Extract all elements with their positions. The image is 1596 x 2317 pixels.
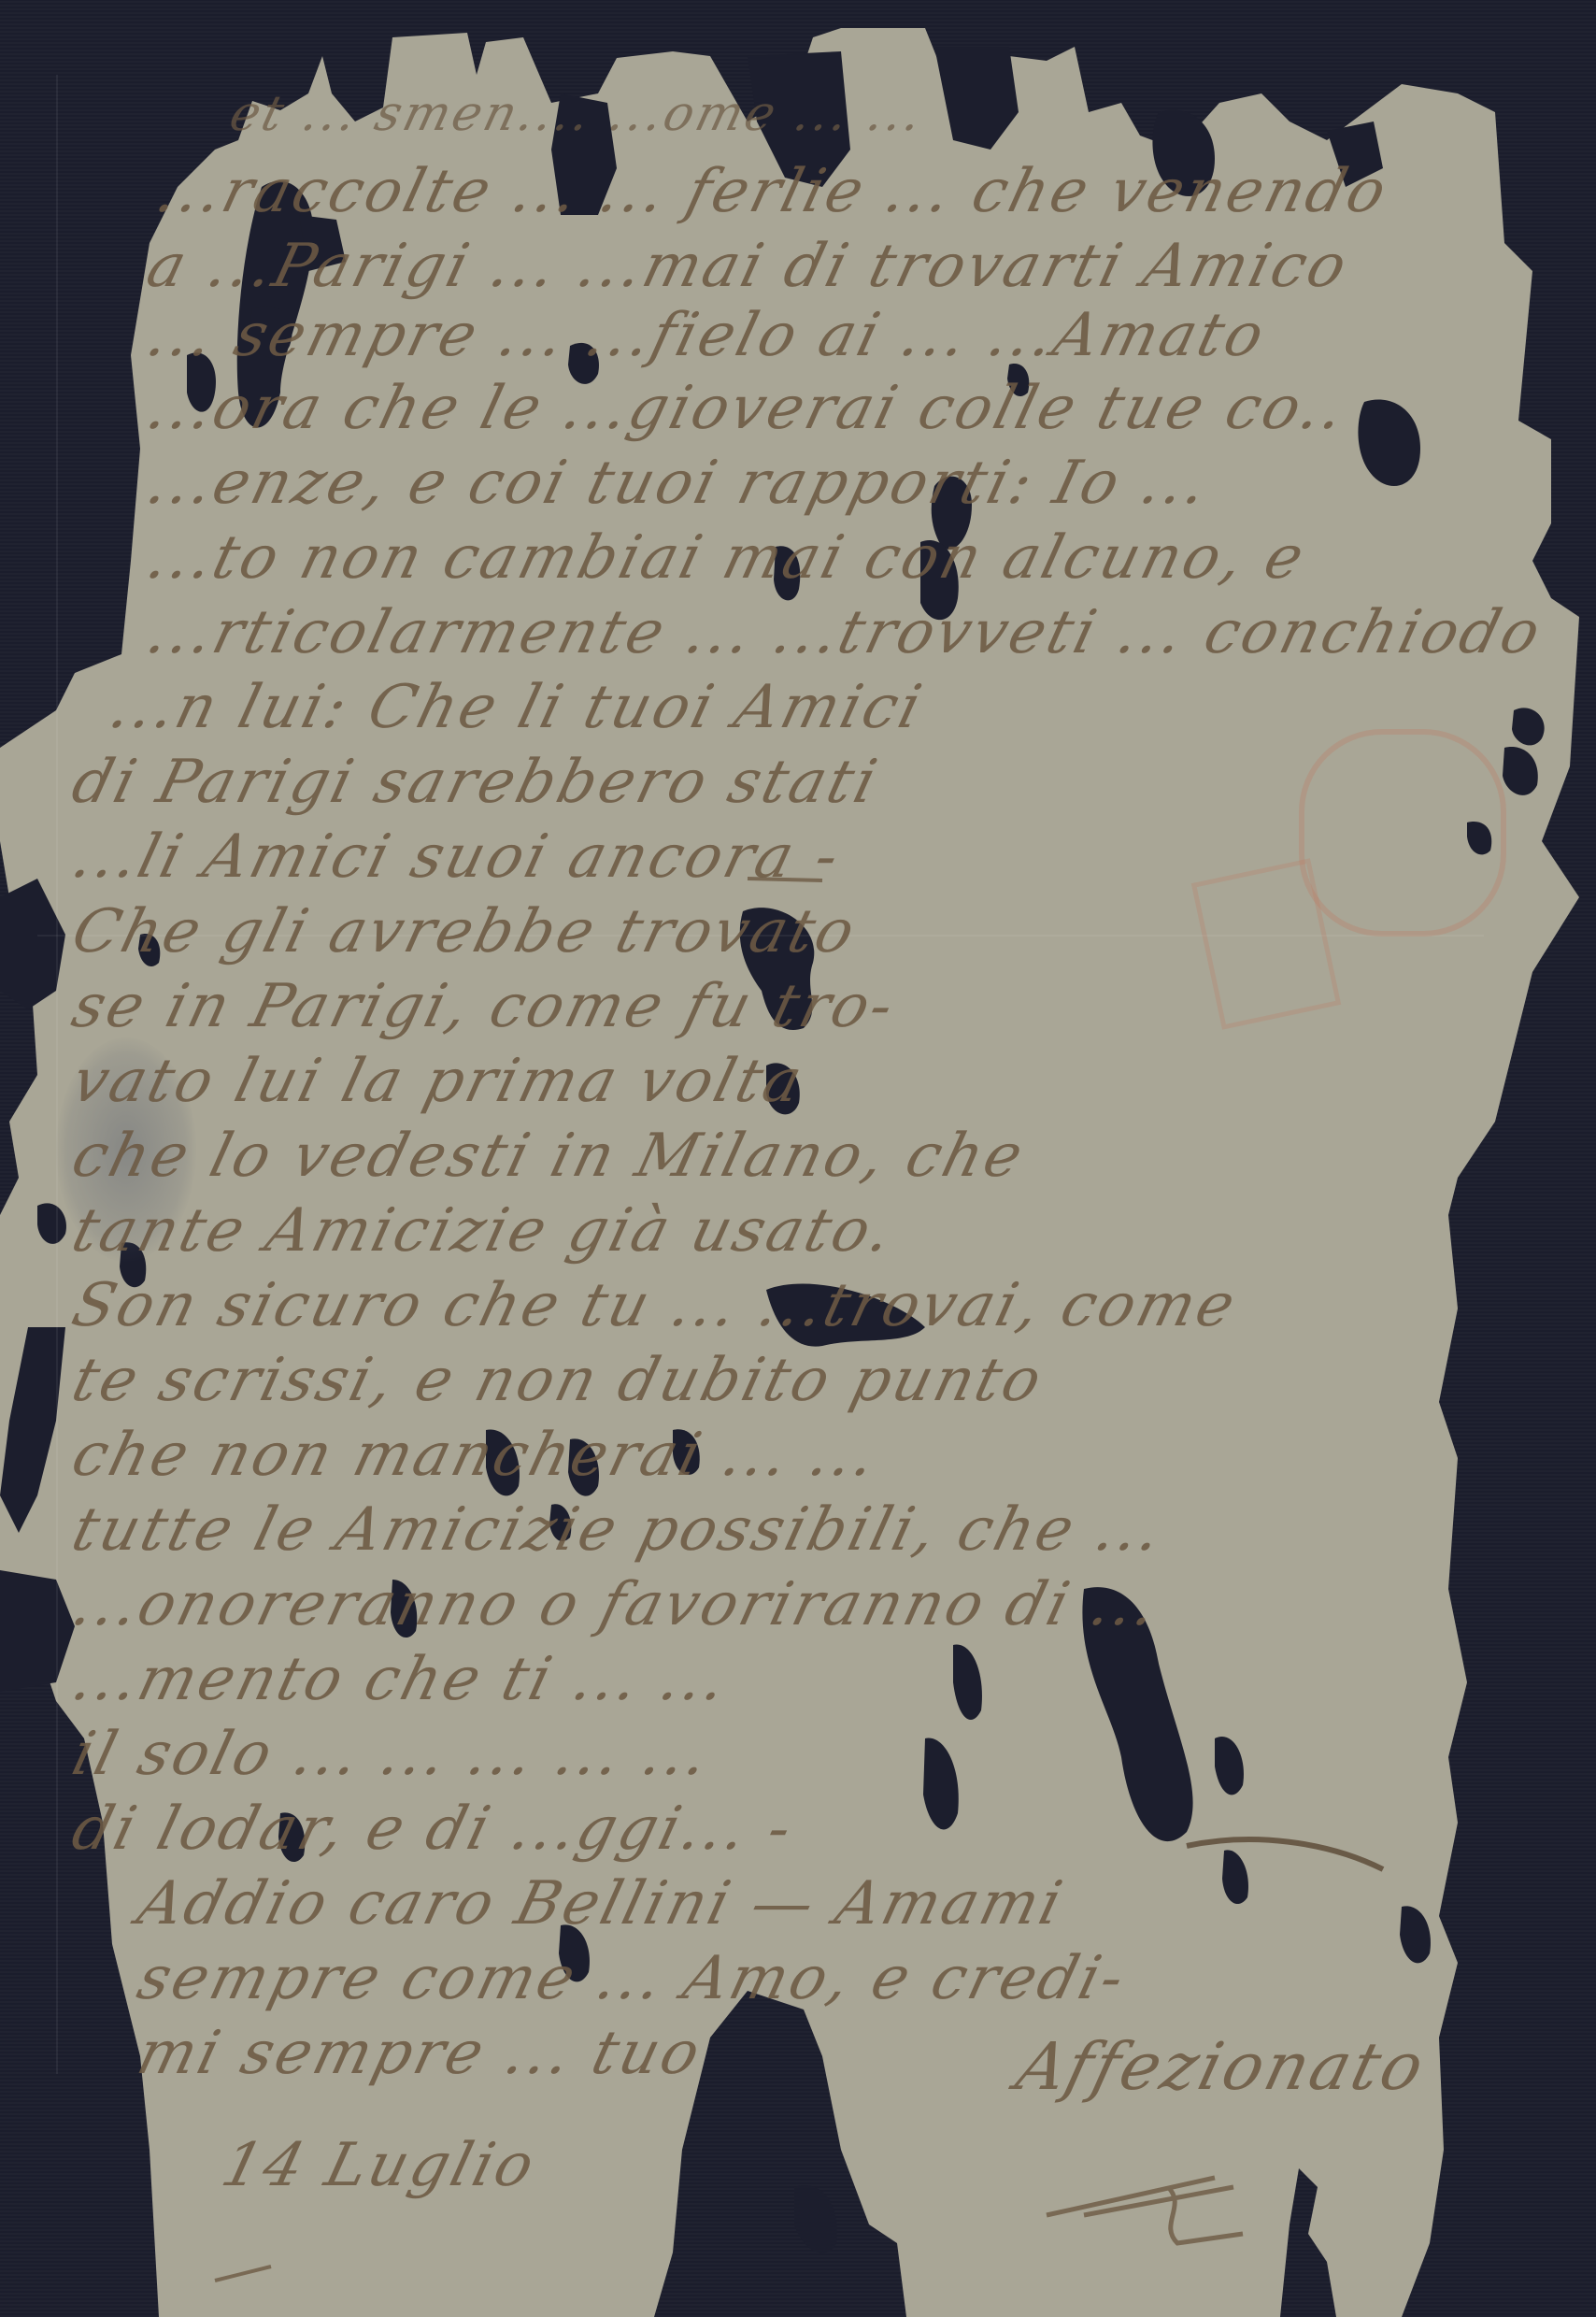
- text-line: ... sempre ... ...fielo ai ... ...Amato: [140, 301, 1273, 370]
- text-line: tante Amicizie già usato.: [65, 1196, 901, 1266]
- text-line: vato lui la prima volta: [65, 1047, 811, 1116]
- text-line: ...mento che ti ... ...: [65, 1645, 735, 1714]
- text-line: ...li Amici suoi ancora -: [65, 822, 848, 892]
- text-line: et ... smen.... ...ome ... ...: [224, 86, 930, 142]
- text-line: che non mancherai ... ...: [65, 1421, 885, 1490]
- text-line: ...ora che le ...gioverai colle tue co..: [140, 374, 1353, 443]
- text-line: Son sicuro che tu ... ...trovai, come: [65, 1271, 1244, 1340]
- text-line: tutte le Amicizie possibili, che ...: [65, 1495, 1171, 1565]
- text-line: di lodar, e di ...ggi... -: [65, 1795, 801, 1864]
- text-line: mi sempre ... tuo: [131, 2019, 709, 2088]
- text-line: ...onoreranno o favoriranno di ...: [65, 1570, 1166, 1639]
- text-line: se in Parigi, come fu tro-: [65, 972, 903, 1041]
- text-line: che lo vedesti in Milano, che: [65, 1122, 1032, 1191]
- text-line: il solo ... ... ... ... ...: [65, 1720, 718, 1789]
- closing-salutation: Affezionato: [1009, 2028, 1434, 2105]
- letter-date: 14 Luglio: [215, 2131, 543, 2200]
- text-line: sempre come ... Amo, e credi-: [131, 1944, 1133, 2013]
- letter-body: et ... smen.... ...ome ... ... ...raccol…: [0, 0, 1596, 2317]
- text-line: ...enze, e coi tuoi rapporti: Io ...: [140, 449, 1217, 518]
- text-line: ...n lui: Che li tuoi Amici: [103, 673, 931, 742]
- text-line: ...rticolarmente ... ...trovveti ... con…: [140, 598, 1549, 667]
- text-line: Addio caro Bellini — Amami: [131, 1869, 1071, 1938]
- text-line: a ...Parigi ... ...mai di trovarti Amico: [140, 232, 1356, 301]
- text-line: Che gli avrebbe trovato: [65, 897, 863, 966]
- text-line: ...raccolte ... ... ferlie ... che venen…: [150, 157, 1395, 226]
- text-line: te scrissi, e non dubito punto: [65, 1346, 1050, 1415]
- text-line: di Parigi sarebbero stati: [65, 748, 886, 817]
- signature-flourish-icon: [1028, 2131, 1271, 2253]
- text-line: ...to non cambiai mai con alcuno, e: [140, 523, 1313, 593]
